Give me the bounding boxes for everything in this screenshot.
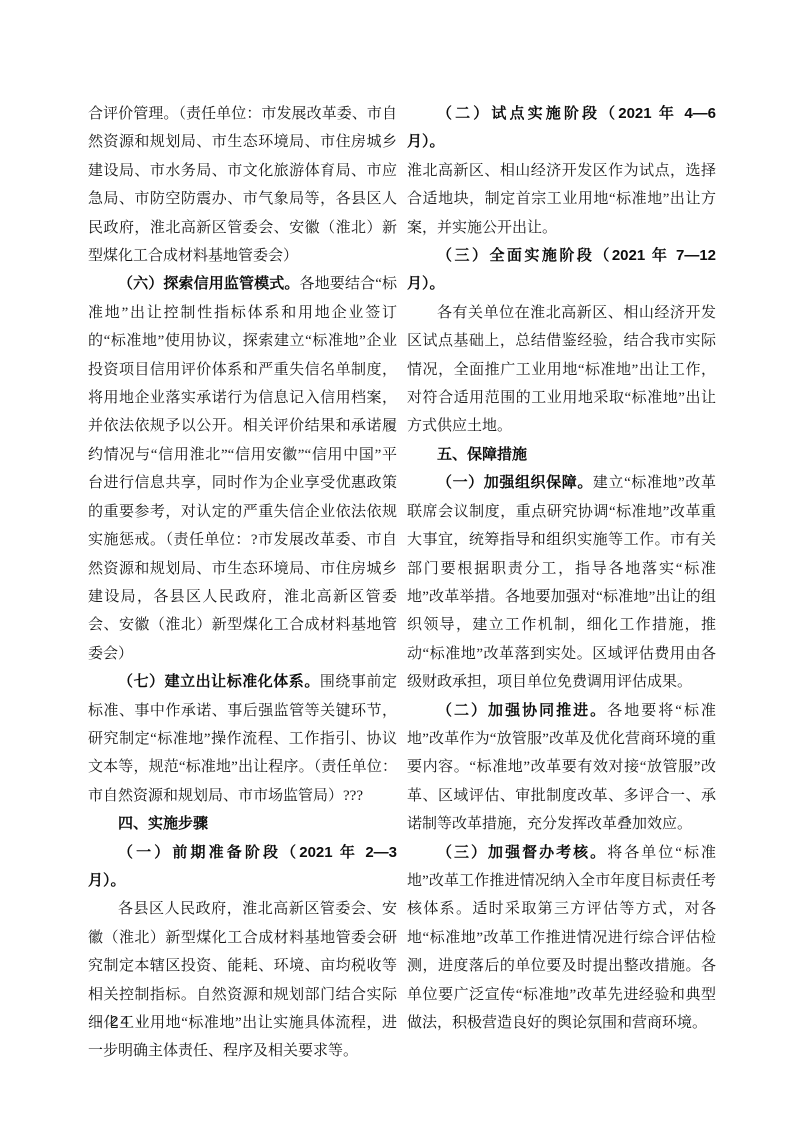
paragraph-bold-lead: （七）建立出让标准化体系。 <box>118 673 320 690</box>
paragraph-bold-lead: （六）探索信用监管模式。 <box>118 275 300 292</box>
heading-text: 四、实施步骤 <box>118 815 208 832</box>
section-heading: 四、实施步骤 <box>88 810 397 838</box>
body-paragraph: 淮北高新区、相山经济开发区作为试点，选择合适地块，制定首宗工业用地“标准地”出让… <box>407 157 716 242</box>
body-paragraph: 各有关单位在淮北高新区、相山经济开发区试点基础上，总结借鉴经验，结合我市实际情况… <box>407 299 716 441</box>
paragraph-bold-lead: （三）加强督办考核。 <box>437 844 607 861</box>
page-number: - 24 - <box>97 1008 144 1036</box>
heading-text: 五、保障措施 <box>437 446 527 463</box>
section-heading: （二）试点实施阶段（2021 年 4—6 月）。 <box>407 100 716 157</box>
body-paragraph: （三）加强督办考核。将各单位“标准地”改革工作推进情况纳入全市年度目标责任考核体… <box>407 839 716 1038</box>
body-paragraph: （七）建立出让标准化体系。围绕事前定标准、事中作承诺、事后强监管等关键环节，研究… <box>88 668 397 810</box>
body-paragraph: （一）加强组织保障。建立“标准地”改革联席会议制度，重点研究协调“标准地”改革重… <box>407 469 716 696</box>
paragraph-bold-lead: （一）加强组织保障。 <box>437 474 593 491</box>
section-heading: （三）全面实施阶段（2021 年 7—12 月）。 <box>407 242 716 299</box>
body-paragraph: （六）探索信用监管模式。各地要结合“标准地”出让控制性指标体系和用地企业签订的“… <box>88 270 397 668</box>
heading-text: （一）前期准备阶段（2021 年 2—3 月）。 <box>88 844 397 889</box>
body-paragraph: 合评价管理。（责任单位：市发展改革委、市自然资源和规划局、市生态环境局、市住房城… <box>88 100 397 270</box>
body-paragraph: （二）加强协同推进。各地要将“标准地”改革作为“放管服”改革及优化营商环境的重要… <box>407 697 716 839</box>
document-page: 合评价管理。（责任单位：市发展改革委、市自然资源和规划局、市生态环境局、市住房城… <box>0 0 793 1122</box>
section-heading: 五、保障措施 <box>407 441 716 469</box>
left-text-column: 合评价管理。（责任单位：市发展改革委、市自然资源和规划局、市生态环境局、市住房城… <box>88 100 397 1066</box>
body-paragraph: 各县区人民政府，淮北高新区管委会、安徽（淮北）新型煤化工合成材料基地管委会研究制… <box>88 895 397 1065</box>
section-heading: （一）前期准备阶段（2021 年 2—3 月）。 <box>88 839 397 896</box>
heading-text: （二）试点实施阶段（2021 年 4—6 月）。 <box>407 105 716 150</box>
paragraph-bold-lead: （二）加强协同推进。 <box>437 702 607 719</box>
right-text-column: （二）试点实施阶段（2021 年 4—6 月）。淮北高新区、相山经济开发区作为试… <box>407 100 716 1037</box>
heading-text: （三）全面实施阶段（2021 年 7—12 月）。 <box>407 247 716 292</box>
